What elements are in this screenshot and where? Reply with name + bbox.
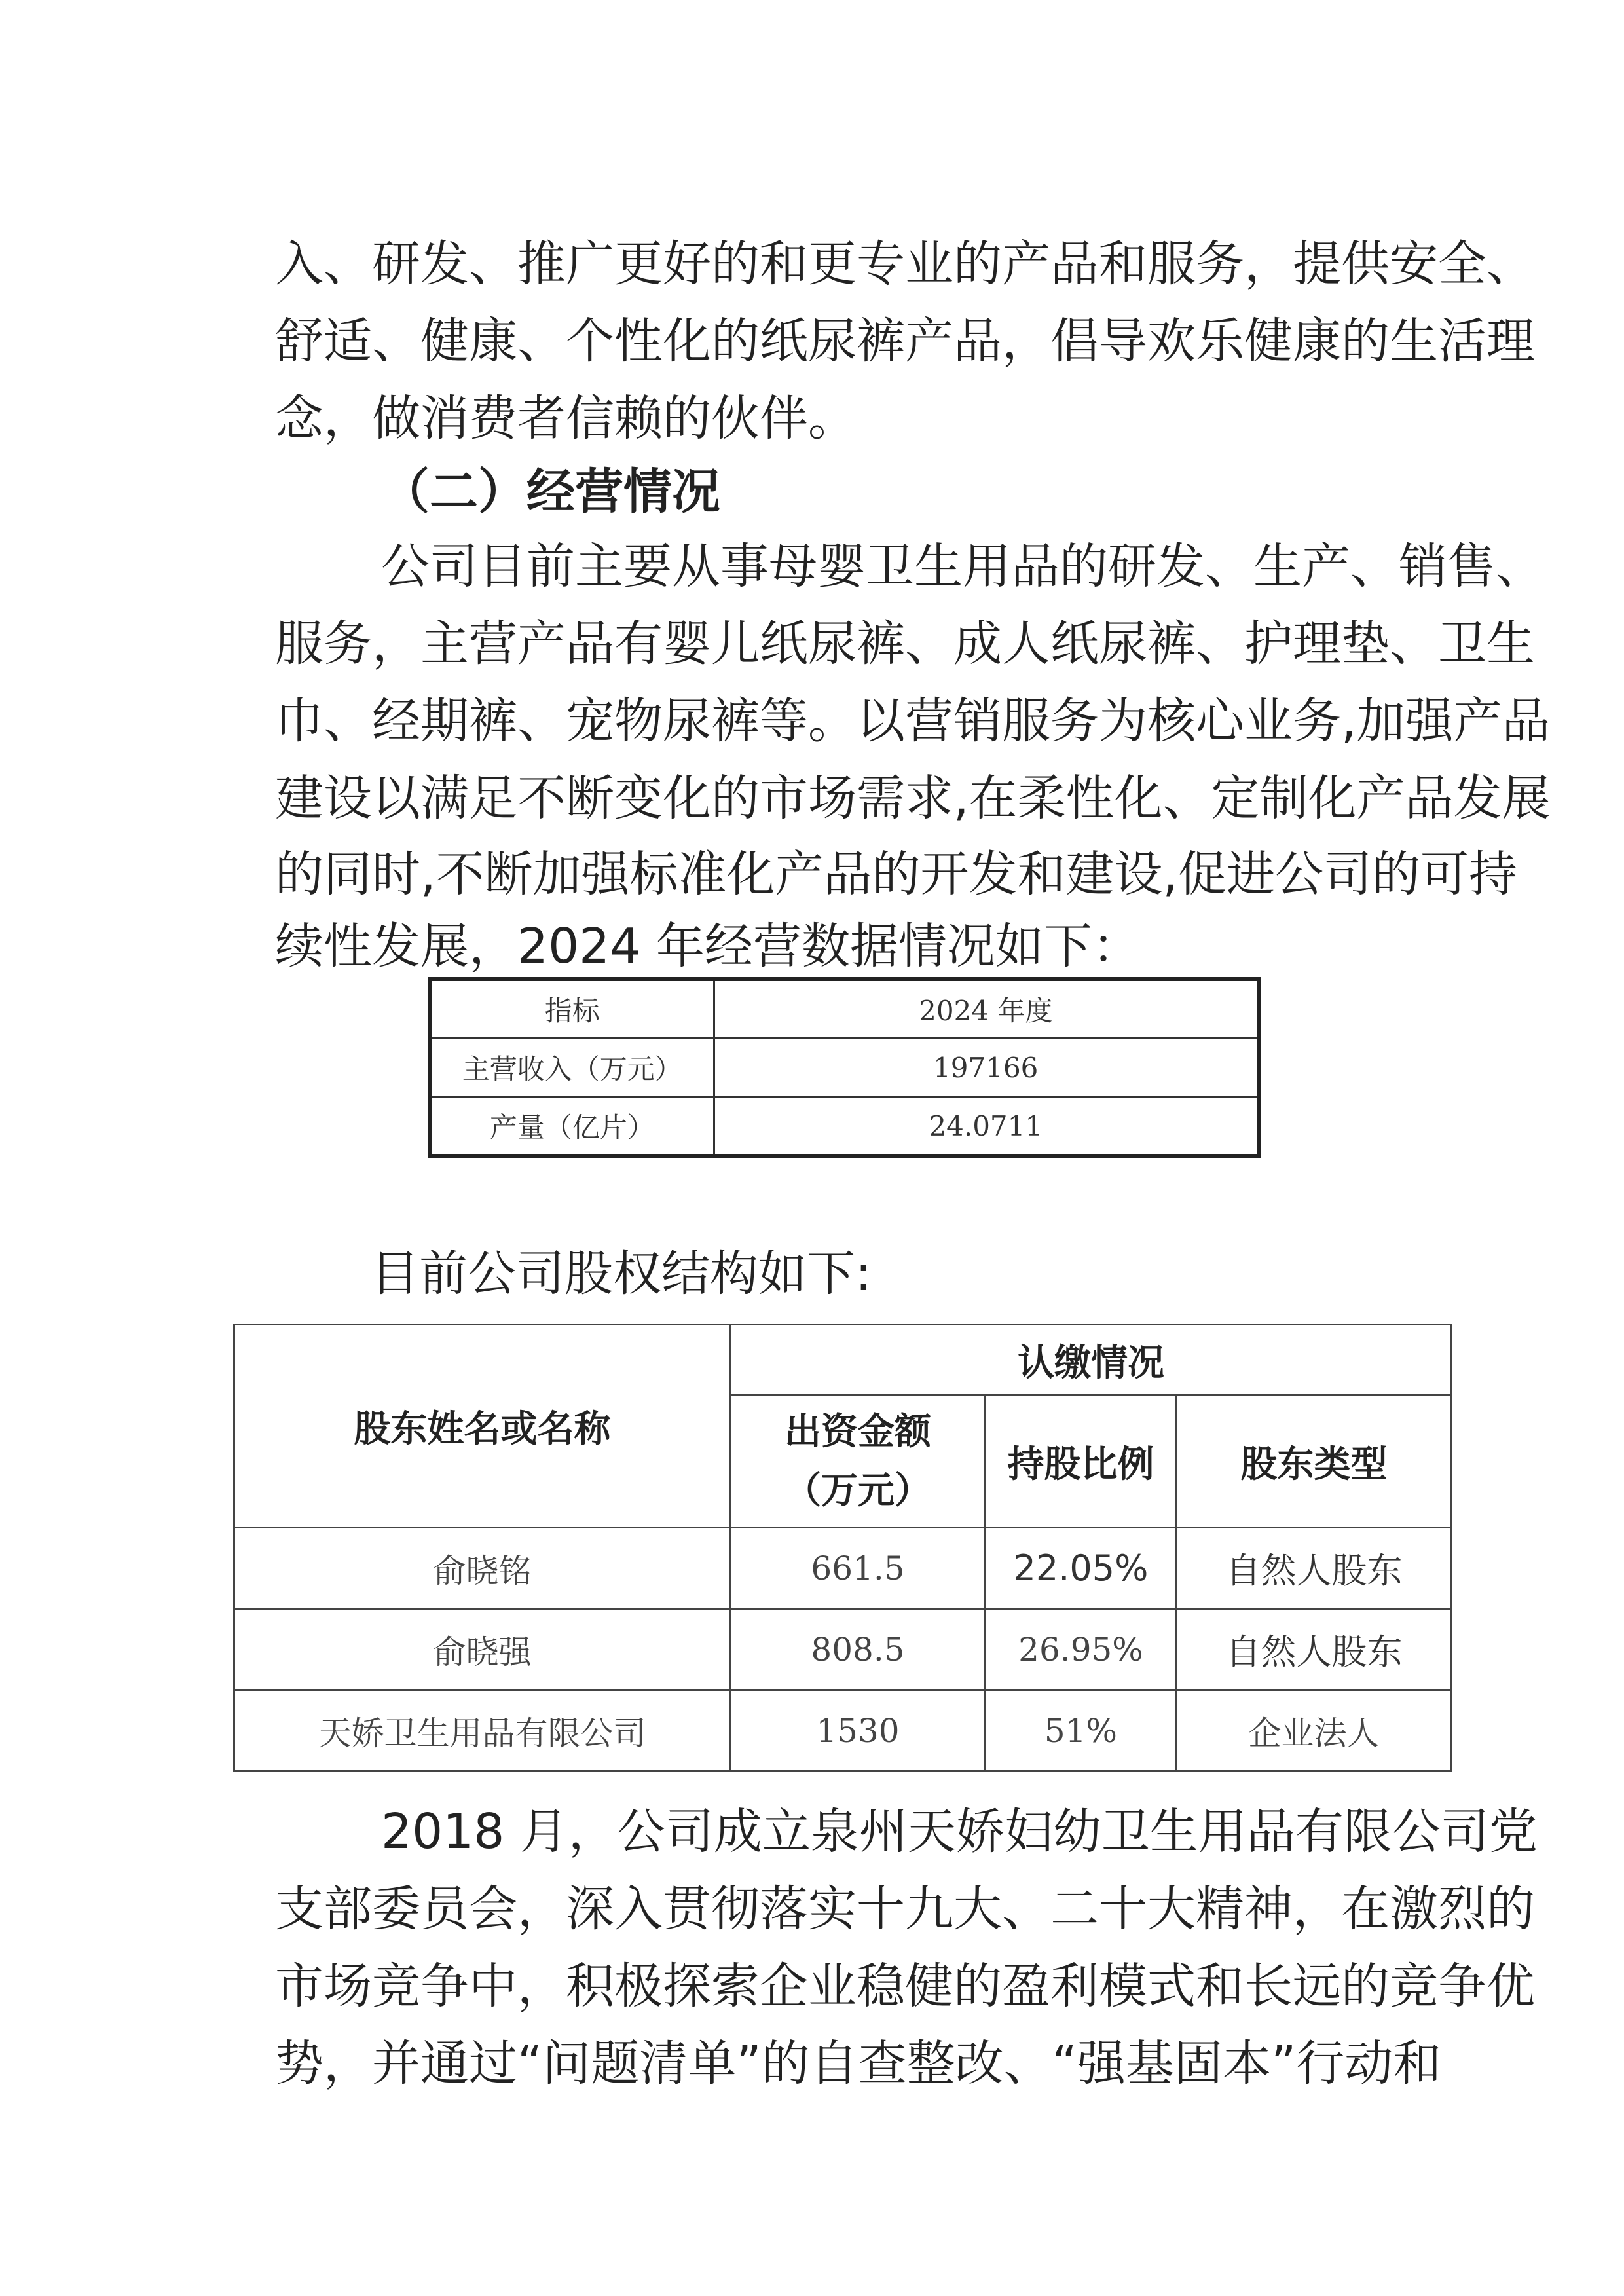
body-text-line: 的同时,不断加强标准化产品的开发和建设,促进公司的可持 — [275, 845, 1409, 904]
section-heading: （二）经营情况 — [381, 462, 720, 521]
ratio-cell: 51% — [986, 1690, 1177, 1771]
table-header-cell: 出资金额 （万元） — [731, 1396, 986, 1528]
table-cell: 24.0711 — [714, 1097, 1259, 1157]
type-cell: 自然人股东 — [1177, 1609, 1452, 1690]
table-header-cell: 指标 — [430, 979, 714, 1039]
amount-cell: 808.5 — [731, 1609, 986, 1690]
equity-structure-table: 股东姓名或名称 认缴情况 出资金额 （万元） 持股比例 股东类型 俞晓铭 661… — [233, 1324, 1452, 1772]
table-row: 产量（亿片） 24.0711 — [430, 1097, 1259, 1157]
body-text-line: 服务，主营产品有婴儿纸尿裤、成人纸尿裤、护理垫、卫生 — [275, 614, 1409, 673]
table-header-cell: 股东姓名或名称 — [234, 1325, 731, 1528]
ratio-cell: 26.95% — [986, 1609, 1177, 1690]
body-text-line: 念，做消费者信赖的伙伴。 — [275, 389, 857, 448]
table-header-cell: 股东类型 — [1177, 1396, 1452, 1528]
body-text-line: 支部委员会，深入贯彻落实十九大、二十大精神，在激烈的 — [275, 1879, 1409, 1938]
table-header-cell: 2024 年度 — [714, 979, 1259, 1039]
type-cell: 企业法人 — [1177, 1690, 1452, 1771]
header-amount-line1: 出资金额 — [731, 1403, 984, 1462]
amount-cell: 1530 — [731, 1690, 986, 1771]
body-text-line: 市场竞争中，积极探索企业稳健的盈利模式和长远的竞争优 — [275, 1957, 1409, 2016]
body-text-line: 2018 月，公司成立泉州天娇妇幼卫生用品有限公司党 — [381, 1802, 1409, 1861]
table-row: 俞晓强 808.5 26.95% 自然人股东 — [234, 1609, 1452, 1690]
shareholder-name-cell: 俞晓铭 — [234, 1528, 731, 1609]
body-text-line: 建设以满足不断变化的市场需求,在柔性化、定制化产品发展 — [275, 769, 1409, 828]
body-text-line: 入、研发、推广更好的和更专业的产品和服务，提供安全、 — [275, 234, 1409, 293]
table-header-row: 指标 2024 年度 — [430, 979, 1259, 1039]
operating-data-table: 指标 2024 年度 主营收入（万元） 197166 产量（亿片） 24.071… — [428, 977, 1261, 1158]
body-text-line: 公司目前主要从事母婴卫生用品的研发、生产、销售、 — [381, 537, 1409, 596]
equity-intro-text: 目前公司股权结构如下: — [371, 1244, 872, 1303]
table-row: 主营收入（万元） 197166 — [430, 1039, 1259, 1097]
table-cell: 197166 — [714, 1039, 1259, 1097]
table-cell: 产量（亿片） — [430, 1097, 714, 1157]
type-cell: 自然人股东 — [1177, 1528, 1452, 1609]
body-text-line: 续性发展，2024 年经营数据情况如下： — [275, 917, 1141, 976]
shareholder-name-cell: 天娇卫生用品有限公司 — [234, 1690, 731, 1771]
body-text-line: 舒适、健康、个性化的纸尿裤产品，倡导欢乐健康的生活理 — [275, 312, 1409, 371]
ratio-cell: 22.05% — [986, 1528, 1177, 1609]
table-header-cell: 持股比例 — [986, 1396, 1177, 1528]
header-amount-line2: （万元） — [731, 1462, 984, 1521]
body-text-line: 势，并通过“问题清单”的自查整改、“强基固本”行动和 — [275, 2034, 1409, 2093]
body-text-line: 巾、经期裤、宠物尿裤等。以营销服务为核心业务,加强产品 — [275, 692, 1409, 750]
table-row: 俞晓铭 661.5 22.05% 自然人股东 — [234, 1528, 1452, 1609]
table-header-row: 股东姓名或名称 认缴情况 — [234, 1325, 1452, 1396]
table-header-group-cell: 认缴情况 — [731, 1325, 1452, 1396]
table-row: 天娇卫生用品有限公司 1530 51% 企业法人 — [234, 1690, 1452, 1771]
table-cell: 主营收入（万元） — [430, 1039, 714, 1097]
amount-cell: 661.5 — [731, 1528, 986, 1609]
shareholder-name-cell: 俞晓强 — [234, 1609, 731, 1690]
